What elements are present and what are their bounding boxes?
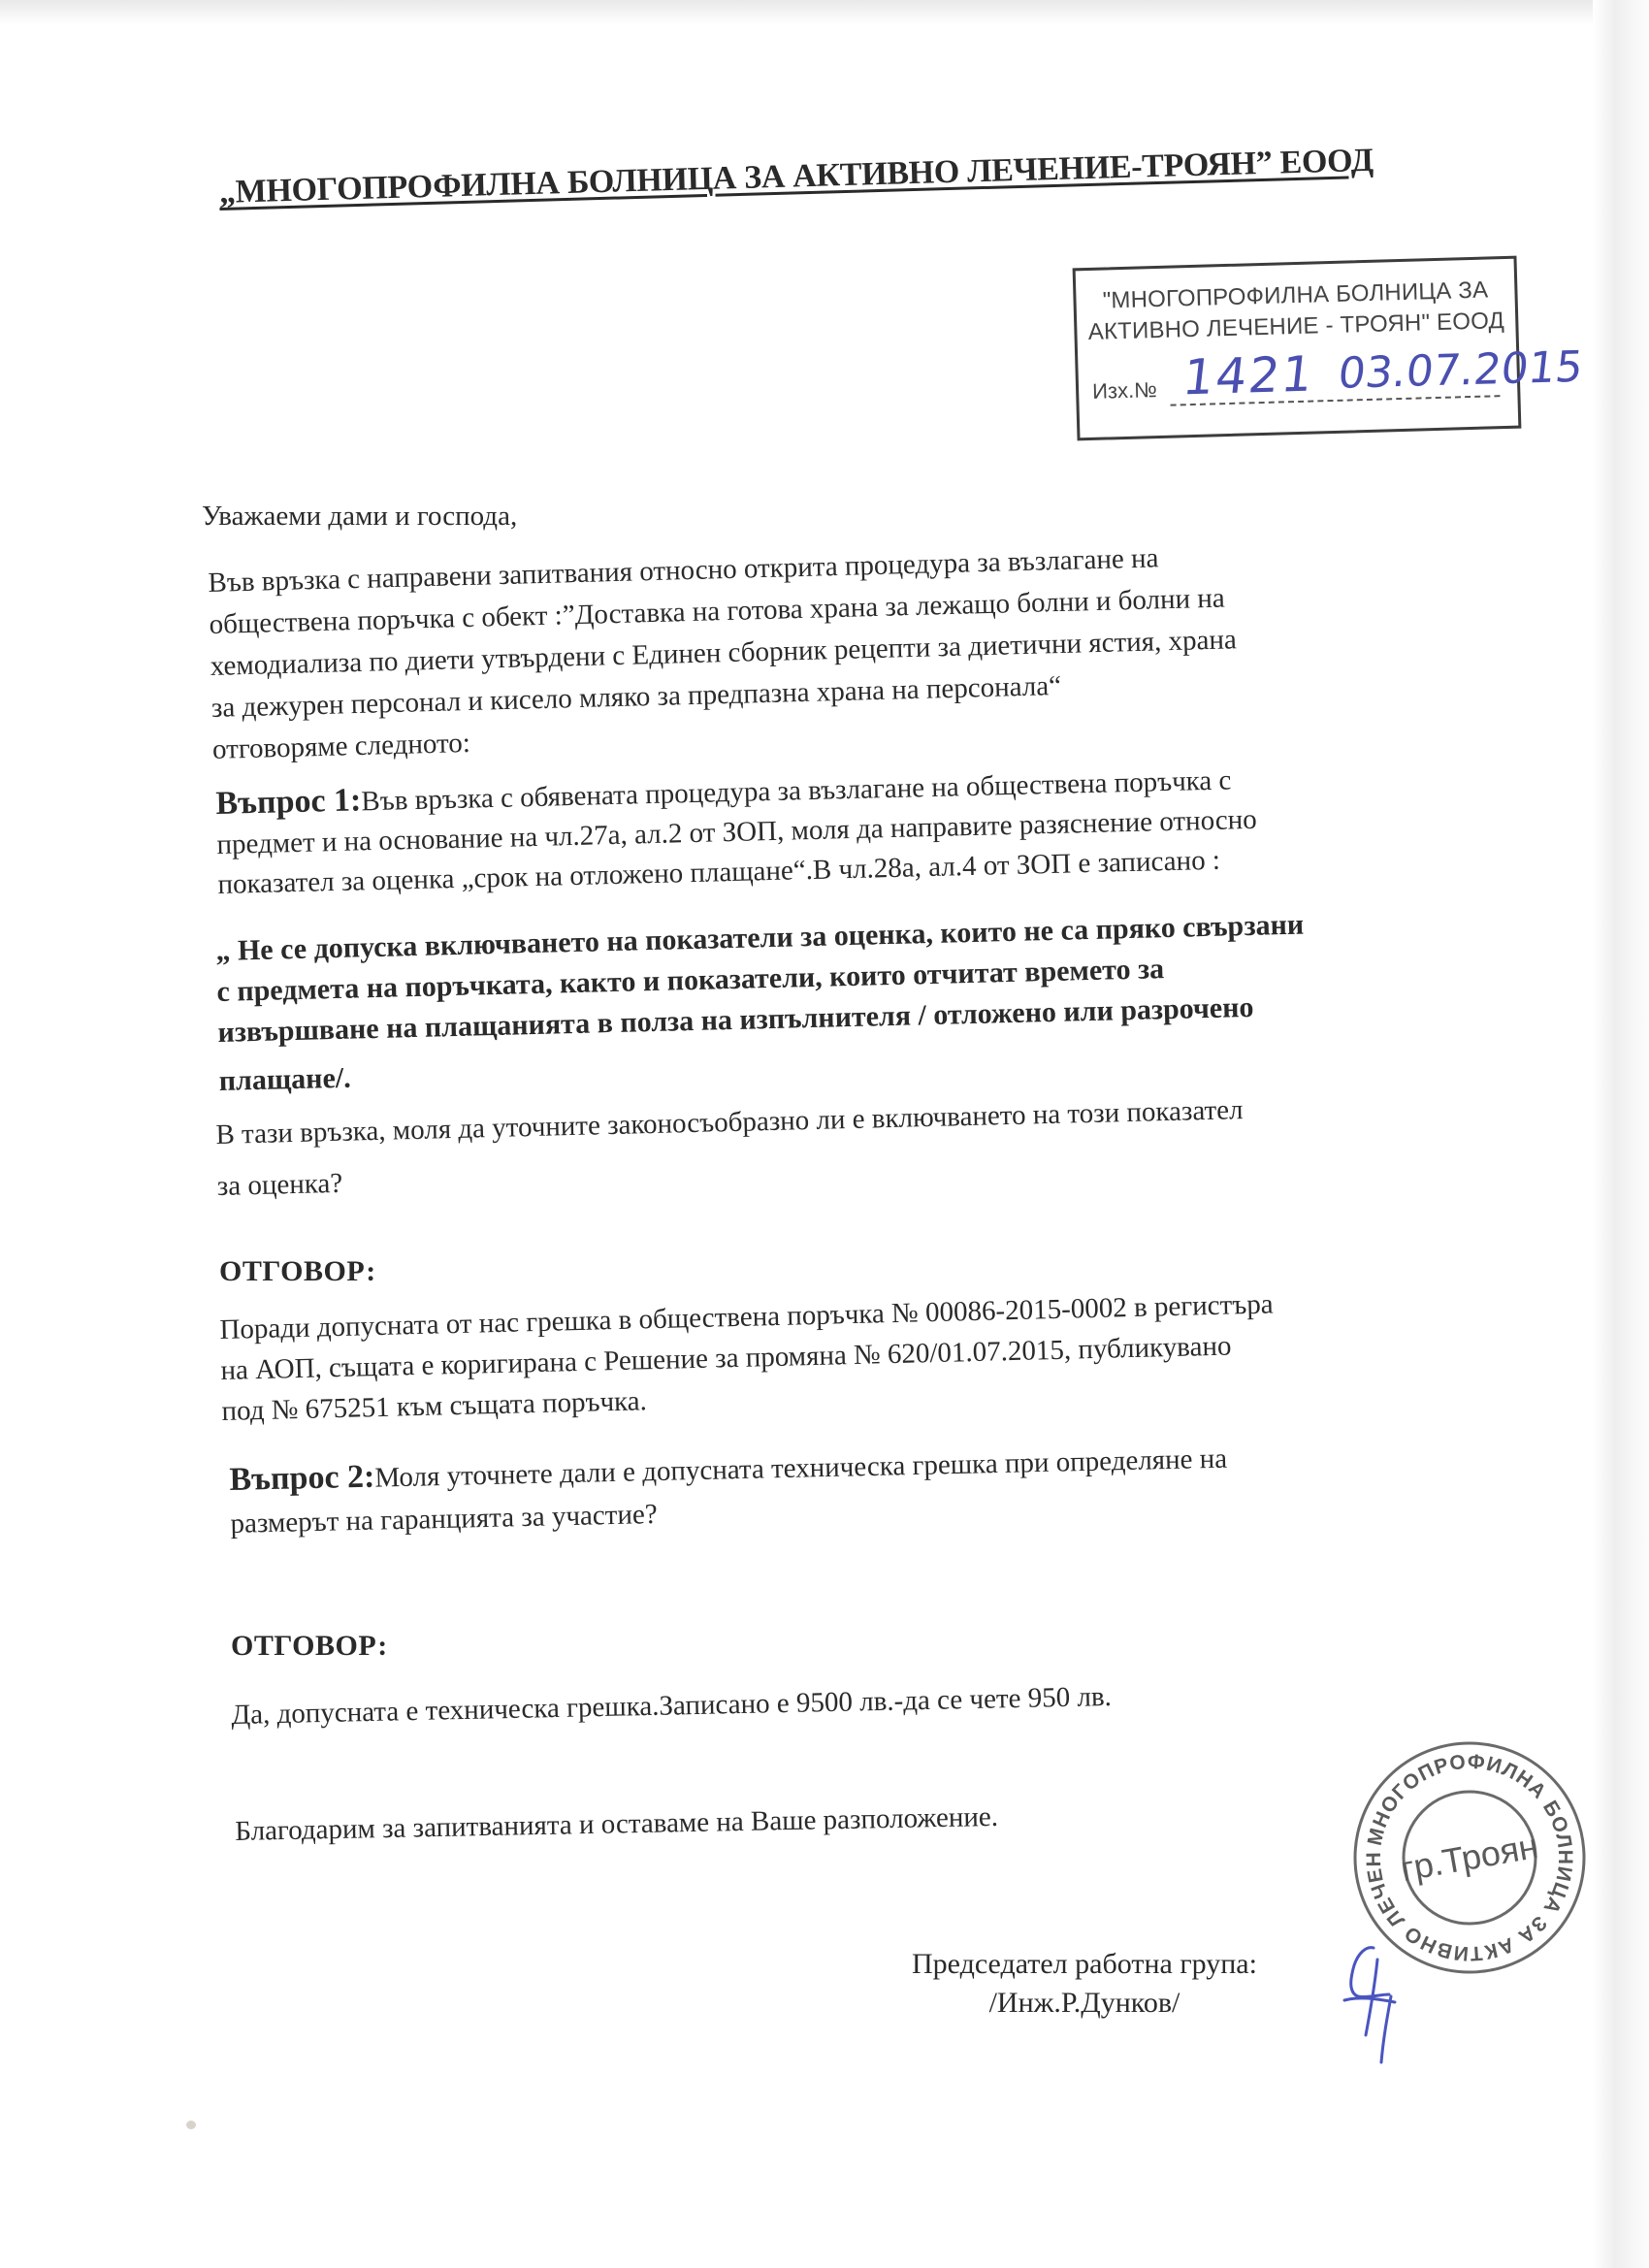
scan-top-shadow	[0, 0, 1649, 25]
registry-stamp: "МНОГОПРОФИЛНА БОЛНИЦА ЗА АКТИВНО ЛЕЧЕНИ…	[1073, 256, 1522, 441]
follow-up-line: за оценка?	[216, 1142, 1245, 1207]
closing-text: Благодарим за запитванията и оставаме на…	[235, 1798, 998, 1852]
answer-1-heading: ОТГОВОР:	[219, 1255, 376, 1288]
question-2-label: Въпрос 2:	[229, 1459, 375, 1498]
registry-date: 03.07.2015	[1336, 342, 1586, 399]
document-title: „МНОГОПРОФИЛНА БОЛНИЦА ЗА АКТИВНО ЛЕЧЕНИ…	[218, 143, 1374, 211]
signature-block: Председател работна група: /Инж.Р.Дунков…	[912, 1945, 1257, 2023]
answer-2-text: Да, допусната е техническа грешка.Записа…	[231, 1677, 1112, 1735]
greeting: Уважаеми дами и господа,	[202, 497, 517, 536]
question-1-follow-up: В тази връзка, моля да уточните законосъ…	[215, 1090, 1245, 1207]
registry-label: Изх.№	[1092, 377, 1157, 405]
closing: Благодарим за запитванията и оставаме на…	[235, 1798, 998, 1852]
answer-2-heading: ОТГОВОР:	[231, 1630, 388, 1663]
question-1: Въпрос 1:Във връзка с обявената процедур…	[215, 759, 1258, 905]
answer-1: Поради допусната от нас грешка в обществ…	[219, 1283, 1276, 1432]
question-2: Въпрос 2:Моля уточнете дали е допусната …	[229, 1437, 1229, 1545]
handwritten-signature-icon	[1337, 1940, 1414, 2066]
answer-2: Да, допусната е техническа грешка.Записа…	[231, 1677, 1112, 1735]
registry-number: 1421	[1180, 345, 1318, 405]
signatory-name: /Инж.Р.Дунков/	[912, 1984, 1257, 2023]
intro-paragraph: Във връзка с направени запитвания относн…	[208, 535, 1240, 771]
signatory-role: Председател работна група:	[912, 1945, 1257, 1984]
greeting-text: Уважаеми дами и господа,	[202, 497, 517, 536]
scan-speck	[186, 2121, 196, 2129]
question-1-label: Въпрос 1:	[215, 782, 362, 822]
law-quote: „ Не се допуска включването на показател…	[215, 905, 1308, 1102]
scan-edge-shadow	[1593, 0, 1649, 2268]
seal-center-text: гр.Троян	[1398, 1826, 1541, 1889]
